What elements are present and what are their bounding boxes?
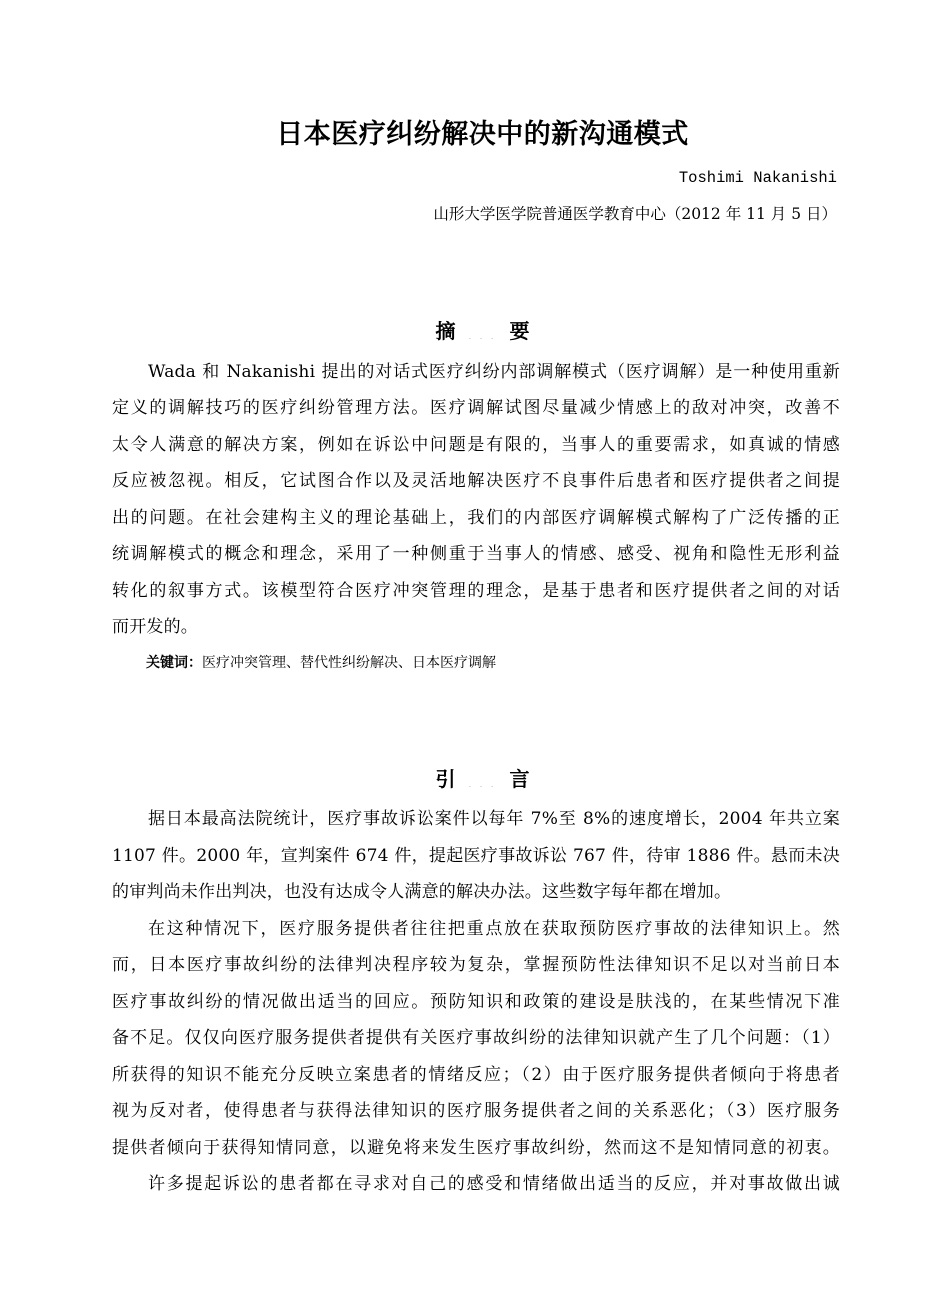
abstract-line: 而开发的。 — [112, 616, 198, 638]
heading-spacer-dots: . . . — [456, 772, 510, 798]
paragraph-line: 医疗事故纠纷的情况做出适当的回应。预防知识和政策的建设是肤浅的，在某些情况下准 — [112, 991, 840, 1013]
abstract-line: 转化的叙事方式。该模型符合医疗冲突管理的理念，是基于患者和医疗提供者之间的对话 — [112, 580, 840, 602]
paragraph-line: 备不足。仅仅向医疗服务提供者提供有关医疗事故纠纷的法律知识就产生了几个问题：（1… — [112, 1027, 840, 1049]
author-affiliation: 山形大学医学院普通医学教育中心（2012 年 11 月 5 日） — [433, 203, 837, 225]
paragraph-line: 而，日本医疗事故纠纷的法律判决程序较为复杂，掌握预防性法律知识不足以对当前日本 — [112, 954, 840, 976]
paragraph-line: 据日本最高法院统计，医疗事故诉讼案件以每年 7%至 8%的速度增长，2004 年… — [148, 808, 840, 830]
paragraph-line: 视为反对者，使得患者与获得法律知识的医疗服务提供者之间的关系恶化；（3）医疗服务 — [112, 1100, 840, 1122]
abstract-line: 出的问题。在社会建构主义的理论基础上，我们的内部医疗调解模式解构了广泛传播的正 — [112, 507, 840, 529]
abstract-heading: 摘. . .要 — [0, 318, 925, 346]
abstract-line: 统调解模式的概念和理念，采用了一种侧重于当事人的情感、感受、视角和隐性无形利益 — [112, 543, 840, 565]
paragraph-line: 许多提起诉讼的患者都在寻求对自己的感受和情绪做出适当的反应，并对事故做出诚 — [148, 1173, 840, 1195]
paragraph-line: 所获得的知识不能充分反映立案患者的情绪反应；（2）由于医疗服务提供者倾向于将患者 — [112, 1064, 840, 1086]
document-page: 日本医疗纠纷解决中的新沟通模式 Toshimi Nakanishi 山形大学医学… — [0, 0, 925, 1309]
heading-spacer-dots: . . . — [456, 324, 510, 350]
abstract-line: 定义的调解技巧的医疗纠纷管理方法。医疗调解试图尽量减少情感上的敌对冲突，改善不 — [112, 397, 840, 419]
abstract-heading-char-1: 摘 — [436, 319, 456, 343]
keywords: 关键词：医疗冲突管理、替代性纠纷解决、日本医疗调解 — [146, 654, 496, 672]
paragraph-line: 1107 件。2000 年，宣判案件 674 件，提起医疗事故诉讼 767 件，… — [112, 845, 840, 867]
introduction-heading: 引. . .言 — [0, 766, 925, 794]
abstract-line: 反应被忽视。相反，它试图合作以及灵活地解决医疗不良事件后患者和医疗提供者之间提 — [112, 470, 840, 492]
paragraph-line: 在这种情况下，医疗服务提供者往往把重点放在获取预防医疗事故的法律知识上。然 — [148, 918, 840, 940]
abstract-heading-char-2: 要 — [510, 319, 530, 343]
document-title: 日本医疗纠纷解决中的新沟通模式 — [0, 118, 925, 152]
abstract-line: 太令人满意的解决方案，例如在诉讼中问题是有限的，当事人的重要需求，如真诚的情感 — [112, 434, 840, 456]
keywords-label: 关键词： — [146, 655, 202, 671]
abstract-line: Wada 和 Nakanishi 提出的对话式医疗纠纷内部调解模式（医疗调解）是… — [148, 361, 840, 383]
introduction-heading-char-1: 引 — [436, 767, 456, 791]
introduction-heading-char-2: 言 — [510, 767, 530, 791]
author-name: Toshimi Nakanishi — [679, 168, 837, 188]
paragraph-line: 的审判尚未作出判决，也没有达成令人满意的解决办法。这些数字每年都在增加。 — [112, 881, 731, 903]
keywords-text: 医疗冲突管理、替代性纠纷解决、日本医疗调解 — [202, 655, 496, 671]
paragraph-line: 提供者倾向于获得知情同意，以避免将来发生医疗事故纠纷，然而这不是知情同意的初衷。 — [112, 1137, 840, 1159]
